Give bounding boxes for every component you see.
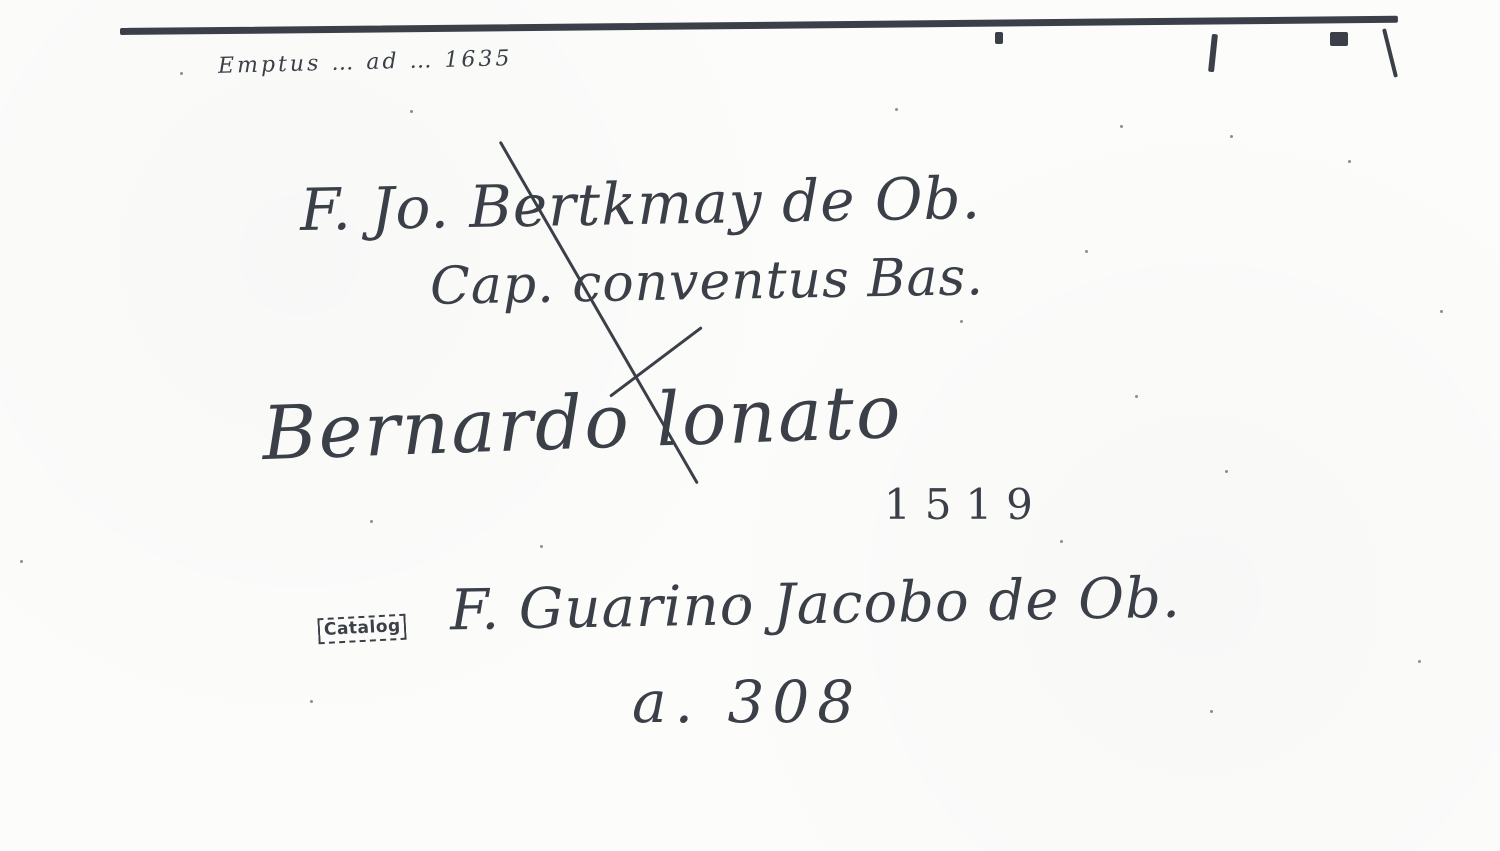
speckle — [960, 320, 963, 323]
inscription-line-4: F. Guarino Jacobo de Ob. — [449, 566, 1181, 644]
speckle — [1230, 135, 1233, 138]
speckle — [1418, 660, 1421, 663]
top-ruled-line — [120, 16, 1398, 35]
speckle — [310, 700, 313, 703]
speckle — [1440, 310, 1443, 313]
ink-drip — [1330, 32, 1348, 46]
speckle — [410, 110, 413, 113]
speckle — [1060, 540, 1063, 543]
manuscript-page: Emptus … ad … 1635 F. Jo. Bertkmay de Ob… — [0, 0, 1500, 851]
speckle — [20, 560, 23, 563]
speckle — [740, 598, 743, 601]
catalog-stamp: Catalog — [317, 614, 406, 645]
ink-drip — [1208, 34, 1218, 72]
speckle — [1085, 250, 1088, 253]
inscription-name-signature: Bernardo lonato — [261, 369, 904, 477]
inscription-line-2: Cap. conventus Bas. — [430, 247, 985, 317]
speckle — [180, 72, 183, 75]
speckle — [895, 108, 898, 111]
ink-drip — [995, 32, 1003, 44]
ink-drip — [1382, 28, 1398, 77]
speckle — [1135, 395, 1138, 398]
inscription-year: 1519 — [884, 480, 1047, 529]
shelfmark: a. 308 — [632, 668, 862, 736]
inscription-line-1: F. Jo. Bertkmay de Ob. — [299, 164, 981, 244]
speckle — [1225, 470, 1228, 473]
speckle — [1120, 125, 1123, 128]
speckle — [540, 545, 543, 548]
speckle — [370, 520, 373, 523]
speckle — [1348, 160, 1351, 163]
speckle — [1210, 710, 1213, 713]
purchase-note: Emptus … ad … 1635 — [218, 46, 513, 79]
